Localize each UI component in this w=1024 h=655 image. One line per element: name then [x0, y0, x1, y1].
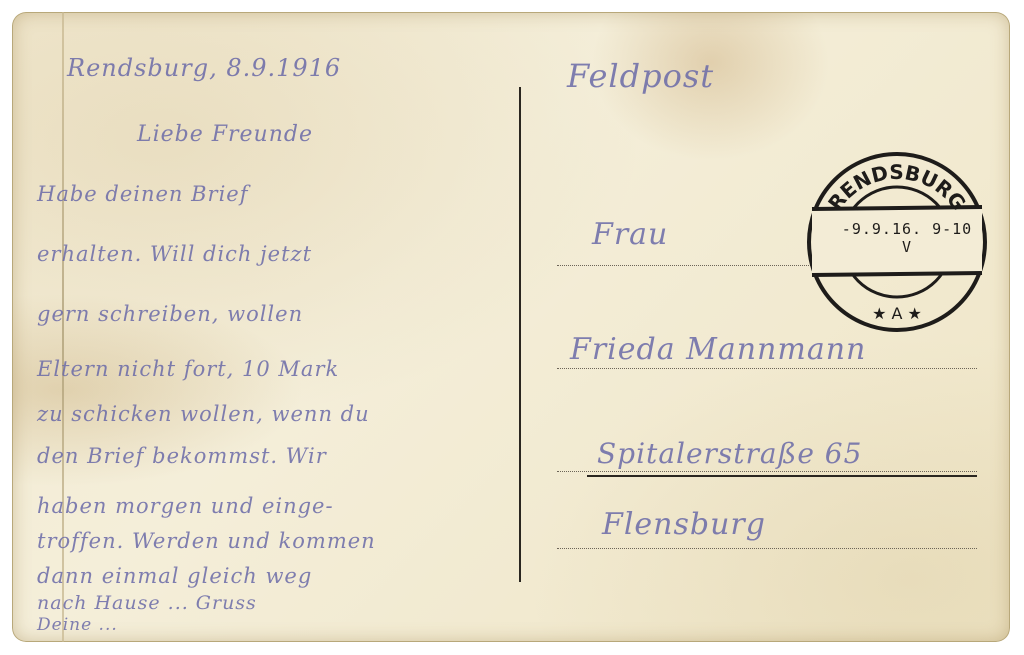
message-line: haben morgen und einge-: [37, 494, 334, 518]
address-underline: [587, 475, 977, 477]
greeting: Liebe Freunde: [137, 122, 313, 147]
postmark: RENDSBURG ★ A ★ -9.9.16. 9-10 V: [802, 147, 992, 337]
message-line: nach Hause ... Gruss: [37, 592, 257, 614]
message-line: troffen. Werden und kommen: [37, 529, 376, 553]
address-salutation: Frau: [592, 217, 668, 252]
address-city: Flensburg: [602, 507, 766, 542]
address-name: Frieda Mannmann: [570, 332, 866, 367]
place-date: Rendsburg, 8.9.1916: [67, 54, 341, 82]
message-line: dann einmal gleich weg: [37, 564, 312, 588]
feldpost-label: Feldpost: [567, 57, 714, 95]
message-line: gern schreiben, wollen: [37, 302, 303, 326]
message-line: erhalten. Will dich jetzt: [37, 242, 312, 266]
address-street: Spitalerstraße 65: [597, 437, 862, 470]
message-line: den Brief bekommst. Wir: [37, 444, 327, 468]
address-line: [557, 548, 977, 549]
message-line: Habe deinen Brief: [37, 182, 249, 206]
address-line: [557, 368, 977, 369]
message-line: Deine ...: [37, 615, 118, 635]
message-line: zu schicken wollen, wenn du: [37, 402, 370, 426]
postcard: Rendsburg, 8.9.1916 Liebe Freunde Habe d…: [12, 12, 1010, 642]
center-divider-line: [519, 87, 521, 582]
address-line: [557, 471, 977, 472]
message-line: Eltern nicht fort, 10 Mark: [37, 357, 339, 381]
postmark-bottom-marks: ★ A ★: [872, 304, 922, 323]
postmark-date: -9.9.16. 9-10 V: [832, 220, 982, 256]
